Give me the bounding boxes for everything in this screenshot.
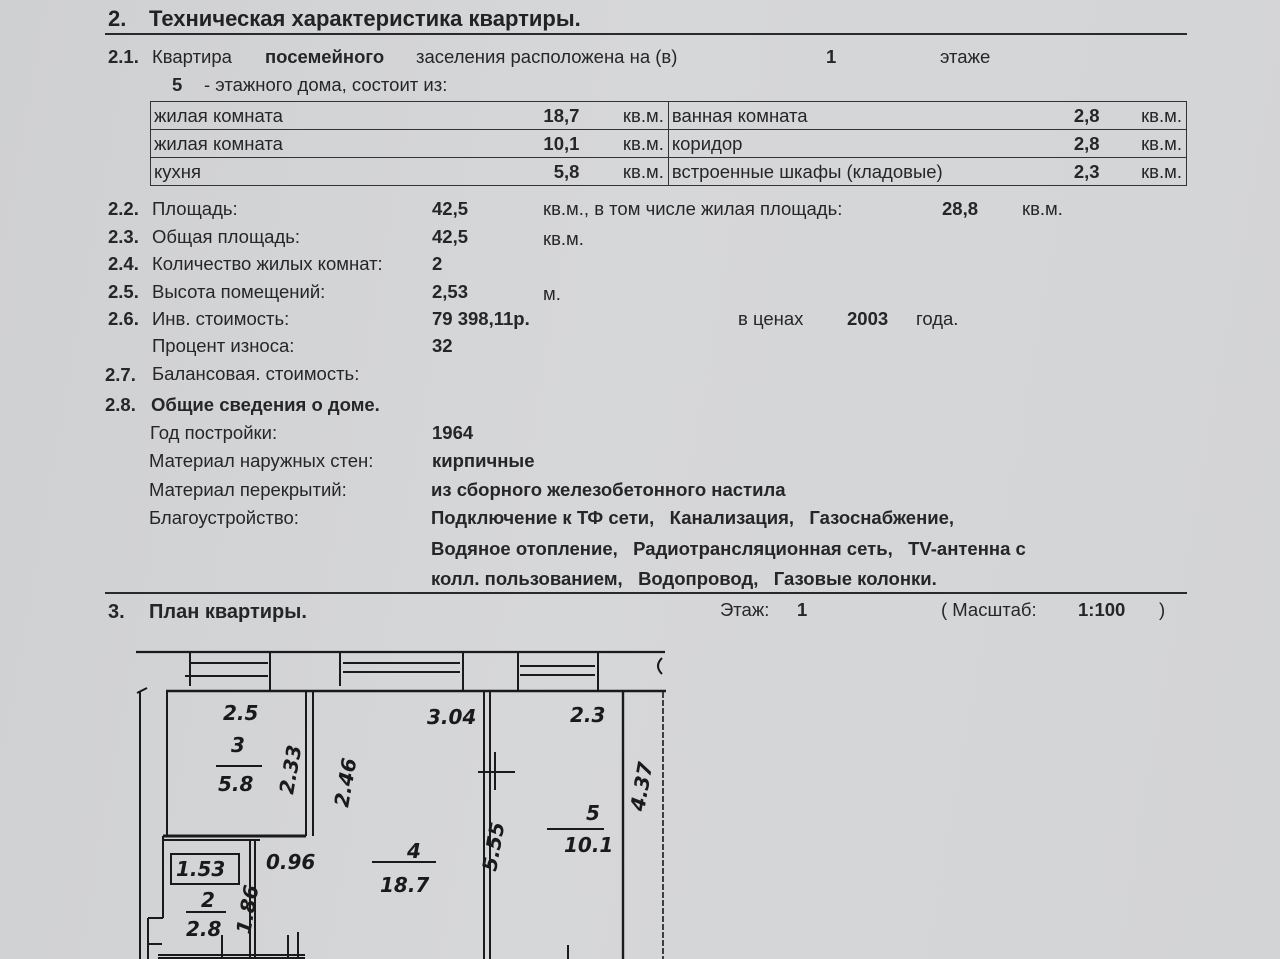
plan-floor-value: 1 [797, 599, 807, 621]
room-unit: кв.м. [1100, 130, 1187, 158]
dim-1-86: 1.86 [231, 883, 263, 936]
inventory-cost-value: 79 398,11р. [432, 308, 530, 330]
item-2-2-name: Площадь: [152, 198, 238, 220]
item-2-3-label: 2.3. [108, 226, 139, 248]
item-2-8-title: Общие сведения о доме. [151, 394, 380, 416]
room-2-number: 2 [201, 888, 215, 912]
room-name: жилая комната [151, 130, 541, 158]
item-2-6-label: 2.6. [108, 308, 139, 330]
section-3-rule [105, 592, 1187, 594]
section-2-rule [105, 33, 1187, 35]
area-unit: кв.м., в том числе жилая площадь: [543, 198, 842, 220]
occupancy-type: посемейного [265, 46, 384, 68]
section-2-number: 2. [108, 6, 126, 32]
section-3-number: 3. [108, 601, 125, 624]
room-name: коридор [668, 130, 1041, 158]
item-2-1-text-c: этаже [940, 46, 990, 68]
room-2-area: 2.8 [186, 917, 222, 941]
item-2-7-name: Балансовая. стоимость: [152, 363, 359, 385]
item-2-2-label: 2.2. [108, 198, 139, 220]
room-5-number: 5 [586, 801, 600, 825]
year-built-value: 1964 [432, 422, 473, 444]
room-area: 18,7 [540, 102, 579, 130]
area-value: 42,5 [432, 198, 468, 220]
room-unit: кв.м. [1100, 102, 1187, 130]
dim-room5-width: 2.3 [570, 703, 605, 727]
amenities-line-2: Водяное отопление, Радиотрансляционная с… [431, 538, 1026, 560]
room-area: 10,1 [540, 130, 579, 158]
item-2-1-text-d: - этажного дома, состоит из: [204, 74, 447, 96]
room-4-number: 4 [406, 839, 421, 863]
room-5-area: 10.1 [564, 833, 613, 857]
apartment-floor: 1 [826, 46, 836, 68]
room-area: 2,8 [1041, 102, 1100, 130]
amenities-line-3: колл. пользованием, Водопровод, Газовые … [431, 568, 937, 590]
dim-kitchen-width: 2.5 [223, 701, 258, 725]
item-2-7-label: 2.7. [105, 364, 136, 386]
walls-name: Материал наружных стен: [149, 450, 373, 472]
item-2-1-text-a: Квартира [152, 46, 232, 68]
dim-main-width: 3.04 [427, 705, 476, 729]
rooms-table-row: жилая комната18,7кв.м.ванная комната2,8к… [151, 102, 1187, 130]
prices-year: 2003 [847, 308, 888, 330]
room-unit: кв.м. [579, 130, 668, 158]
prices-year-text: года. [916, 308, 958, 330]
room-area: 2,3 [1041, 158, 1100, 186]
building-floors: 5 [172, 74, 182, 96]
floor-plan: 2.5 3 5.8 2.33 2.46 3.04 2.3 4.37 5.55 4… [0, 640, 700, 959]
floors-material-name: Материал перекрытий: [149, 479, 347, 501]
plan-scale-label: ( Масштаб: [941, 599, 1037, 621]
room-name: жилая комната [151, 102, 541, 130]
item-2-3-name: Общая площадь: [152, 226, 300, 248]
dim-2-46: 2.46 [329, 756, 361, 809]
walls-value: кирпичные [432, 450, 534, 472]
rooms-table-row: кухня5,8кв.м.встроенные шкафы (кладовые)… [151, 158, 1187, 186]
amenities-line-1: Подключение к ТФ сети, Канализация, Газо… [431, 507, 954, 529]
room-unit: кв.м. [1100, 158, 1187, 186]
amenities-name: Благоустройство: [149, 507, 299, 529]
section-3-title: План квартиры. [149, 601, 307, 624]
item-2-6-name: Инв. стоимость: [152, 308, 289, 330]
item-2-1-text-b: заселения расположена на (в) [416, 46, 677, 68]
room-name: кухня [151, 158, 541, 186]
plan-scale-close: ) [1159, 599, 1165, 621]
living-area-value: 28,8 [942, 198, 978, 220]
dim-main-height: 5.55 [477, 820, 509, 873]
dim-kitchen-height: 2.33 [274, 743, 306, 796]
dim-1-53: 1.53 [176, 857, 225, 881]
item-2-5-label: 2.5. [108, 281, 139, 303]
item-2-5-name: Высота помещений: [152, 281, 325, 303]
rooms-table: жилая комната18,7кв.м.ванная комната2,8к… [150, 101, 1187, 186]
plan-scale-value: 1:100 [1078, 599, 1125, 621]
room-unit: кв.м. [579, 102, 668, 130]
room-4-area: 18.7 [380, 873, 429, 897]
section-2-title: Техническая характеристика квартиры. [149, 6, 581, 32]
room-3-number: 3 [231, 733, 245, 757]
item-2-1-label: 2.1. [108, 46, 139, 68]
ceiling-height-unit: м. [543, 283, 561, 305]
item-2-4-name: Количество жилых комнат: [152, 253, 383, 275]
plan-floor-label: Этаж: [720, 599, 769, 621]
rooms-table-row: жилая комната10,1кв.м.коридор2,8кв.м. [151, 130, 1187, 158]
prices-text: в ценах [738, 308, 803, 330]
room-area: 5,8 [540, 158, 579, 186]
room-area: 2,8 [1041, 130, 1100, 158]
floors-material-value: из сборного железобетонного настила [431, 479, 786, 501]
item-2-8-label: 2.8. [105, 394, 136, 416]
room-unit: кв.м. [579, 158, 668, 186]
room-name: ванная комната [668, 102, 1041, 130]
total-area-unit: кв.м. [543, 228, 584, 250]
year-built-name: Год постройки: [150, 422, 277, 444]
ceiling-height-value: 2,53 [432, 281, 468, 303]
room-name: встроенные шкафы (кладовые) [668, 158, 1041, 186]
dim-room5-height: 4.37 [625, 760, 657, 814]
living-area-unit: кв.м. [1022, 198, 1063, 220]
wear-name: Процент износа: [152, 335, 294, 357]
room-3-area: 5.8 [218, 772, 254, 796]
wear-value: 32 [432, 335, 453, 357]
dim-0-96: 0.96 [266, 850, 315, 874]
total-area-value: 42,5 [432, 226, 468, 248]
item-2-4-label: 2.4. [108, 253, 139, 275]
rooms-count-value: 2 [432, 253, 442, 275]
